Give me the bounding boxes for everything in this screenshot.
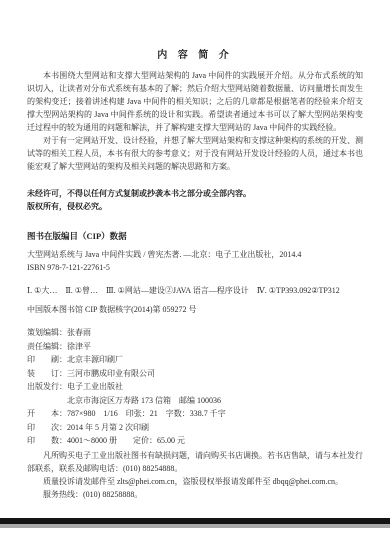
colophon-value: 787×980 1/16 印张：21 字数：338.7 千字 [67, 409, 226, 418]
cip-record-number: 中国版本图书馆 CIP 数据核字(2014)第 059272 号 [27, 303, 363, 316]
colophon-row: 出版发行：电子工业出版社 [27, 380, 363, 394]
page-content: 内 容 简 介 本书围绕大型网站和支撑大型网站架构的 Java 中间件的实践展开… [0, 0, 390, 501]
colophon-row: 责任编辑：徐津平 [27, 340, 363, 354]
content-summary-title: 内 容 简 介 [27, 50, 363, 62]
colophon-label: 责任编辑： [27, 340, 67, 354]
colophon-value: 电子工业出版社 [67, 382, 123, 391]
copyright-notice-line: 未经许可，不得以任何方式复制或抄袭本书之部分或全部内容。 [27, 187, 363, 200]
colophon-value: 北京丰源印刷厂 [67, 355, 123, 364]
footer-note: 服务热线：(010) 88258888。 [27, 488, 363, 501]
colophon-row: 开 本：787×980 1/16 印张：21 字数：338.7 千字 [27, 407, 363, 421]
colophon-value: 三河市鹏成印业有限公司 [67, 369, 155, 378]
cip-classification: Ⅰ. ①大… Ⅱ. ①曾… Ⅲ. ①网站—建设②JAVA 语言—程序设计 Ⅳ. … [27, 284, 363, 297]
colophon-row: 印 刷：北京丰源印刷厂 [27, 353, 363, 367]
colophon-row: 装 订：三河市鹏成印业有限公司 [27, 367, 363, 381]
colophon-value: 张春雨 [67, 328, 91, 337]
colophon-label: 装 订： [27, 367, 67, 381]
cip-title-line: 大型网站系统与 Java 中间件实践 / 曾宪杰著. —北京：电子工业出版社，2… [27, 248, 363, 261]
copyright-notice: 未经许可，不得以任何方式复制或抄袭本书之部分或全部内容。 版权所有，侵权必究。 [27, 187, 363, 213]
book-copyright-page: 内 容 简 介 本书围绕大型网站和支撑大型网站架构的 Java 中间件的实践展开… [0, 0, 390, 546]
colophon-label: 策划编辑： [27, 326, 67, 340]
colophon-label: 出版发行： [27, 380, 67, 394]
intro-paragraph: 本书围绕大型网站和支撑大型网站架构的 Java 中间件的实践展开介绍。从分布式系… [27, 69, 363, 134]
colophon-value: 北京市海淀区万寿路 173 信箱 邮编 100036 [67, 396, 221, 405]
colophon-label: 印 数： [27, 434, 67, 448]
colophon: 策划编辑：张春雨 责任编辑：徐津平 印 刷：北京丰源印刷厂 装 订：三河市鹏成印… [27, 326, 363, 448]
colophon-label: 印 次： [27, 421, 67, 435]
footer-note: 质量投诉请发邮件至 zlts@phei.com.cn，盗版侵权举报请发邮件至 d… [27, 475, 363, 488]
colophon-row-publisher-address: 北京市海淀区万寿路 173 信箱 邮编 100036 [27, 394, 363, 408]
colophon-value: 4001～8000 册 定价：65.00 元 [67, 436, 185, 445]
cip-heading: 图书在版编目（CIP）数据 [27, 230, 363, 243]
bottom-gray-bar [0, 524, 390, 528]
colophon-row: 策划编辑：张春雨 [27, 326, 363, 340]
colophon-label: 印 刷： [27, 353, 67, 367]
colophon-row: 印 次：2014 年 5 月第 2 次印刷 [27, 421, 363, 435]
colophon-row: 印 数：4001～8000 册 定价：65.00 元 [27, 434, 363, 448]
copyright-notice-line: 版权所有，侵权必究。 [27, 200, 363, 213]
colophon-value: 2014 年 5 月第 2 次印刷 [67, 423, 149, 432]
intro-paragraph: 对于有一定网站开发、设计经验，并想了解大型网站架构和支撑这种架构的系统的开发、测… [27, 134, 363, 173]
purchase-service-notes: 凡所购买电子工业出版社图书有缺损问题，请向购买书店调换。若书店售缺，请与本社发行… [27, 449, 363, 501]
cip-isbn: ISBN 978-7-121-22761-5 [27, 261, 363, 274]
colophon-label: 开 本： [27, 407, 67, 421]
colophon-value: 徐津平 [67, 342, 91, 351]
footer-note: 凡所购买电子工业出版社图书有缺损问题，请向购买书店调换。若书店售缺，请与本社发行… [27, 449, 363, 475]
